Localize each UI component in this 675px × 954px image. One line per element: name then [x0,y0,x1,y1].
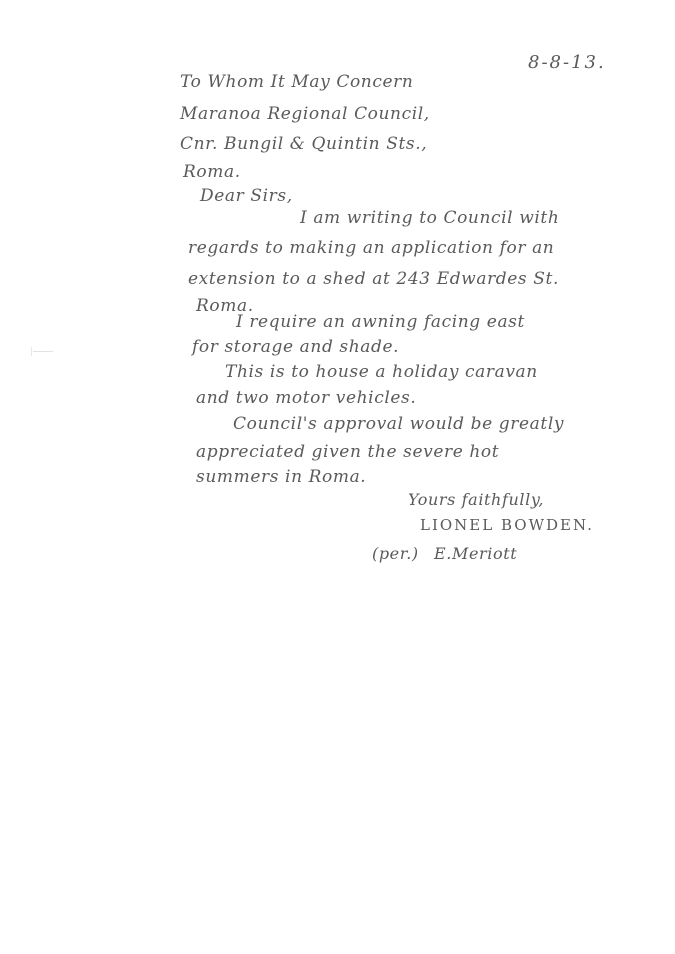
address-line: Cnr. Bungil & Quintin Sts., [180,134,427,154]
per-signature: E.Meriott [434,544,517,563]
body-line: I require an awning facing east [236,312,525,332]
body-line: for storage and shade. [192,337,399,357]
per-label: (per.) [372,544,419,563]
address-line: Roma. [183,162,241,182]
body-line: regards to making an application for an [188,238,554,258]
body-line: appreciated given the severe hot [196,442,499,462]
body-line: Council's approval would be greatly [233,414,564,434]
body-line: summers in Roma. [196,467,366,487]
margin-mark [33,351,53,352]
body-line: This is to house a holiday caravan [225,362,538,382]
letter-page: 8-8-13. To Whom It May Concern Maranoa R… [0,0,675,954]
body-line: and two motor vehicles. [196,388,416,408]
salutation: Dear Sirs, [200,186,293,206]
address-line: To Whom It May Concern [180,72,413,92]
address-line: Maranoa Regional Council, [180,104,430,124]
body-line: extension to a shed at 243 Edwardes St. [188,269,559,289]
closing: Yours faithfully, [408,490,544,509]
letter-date: 8-8-13. [528,52,606,73]
body-line: I am writing to Council with [300,208,559,228]
signatory-name: LIONEL BOWDEN. [420,516,594,534]
